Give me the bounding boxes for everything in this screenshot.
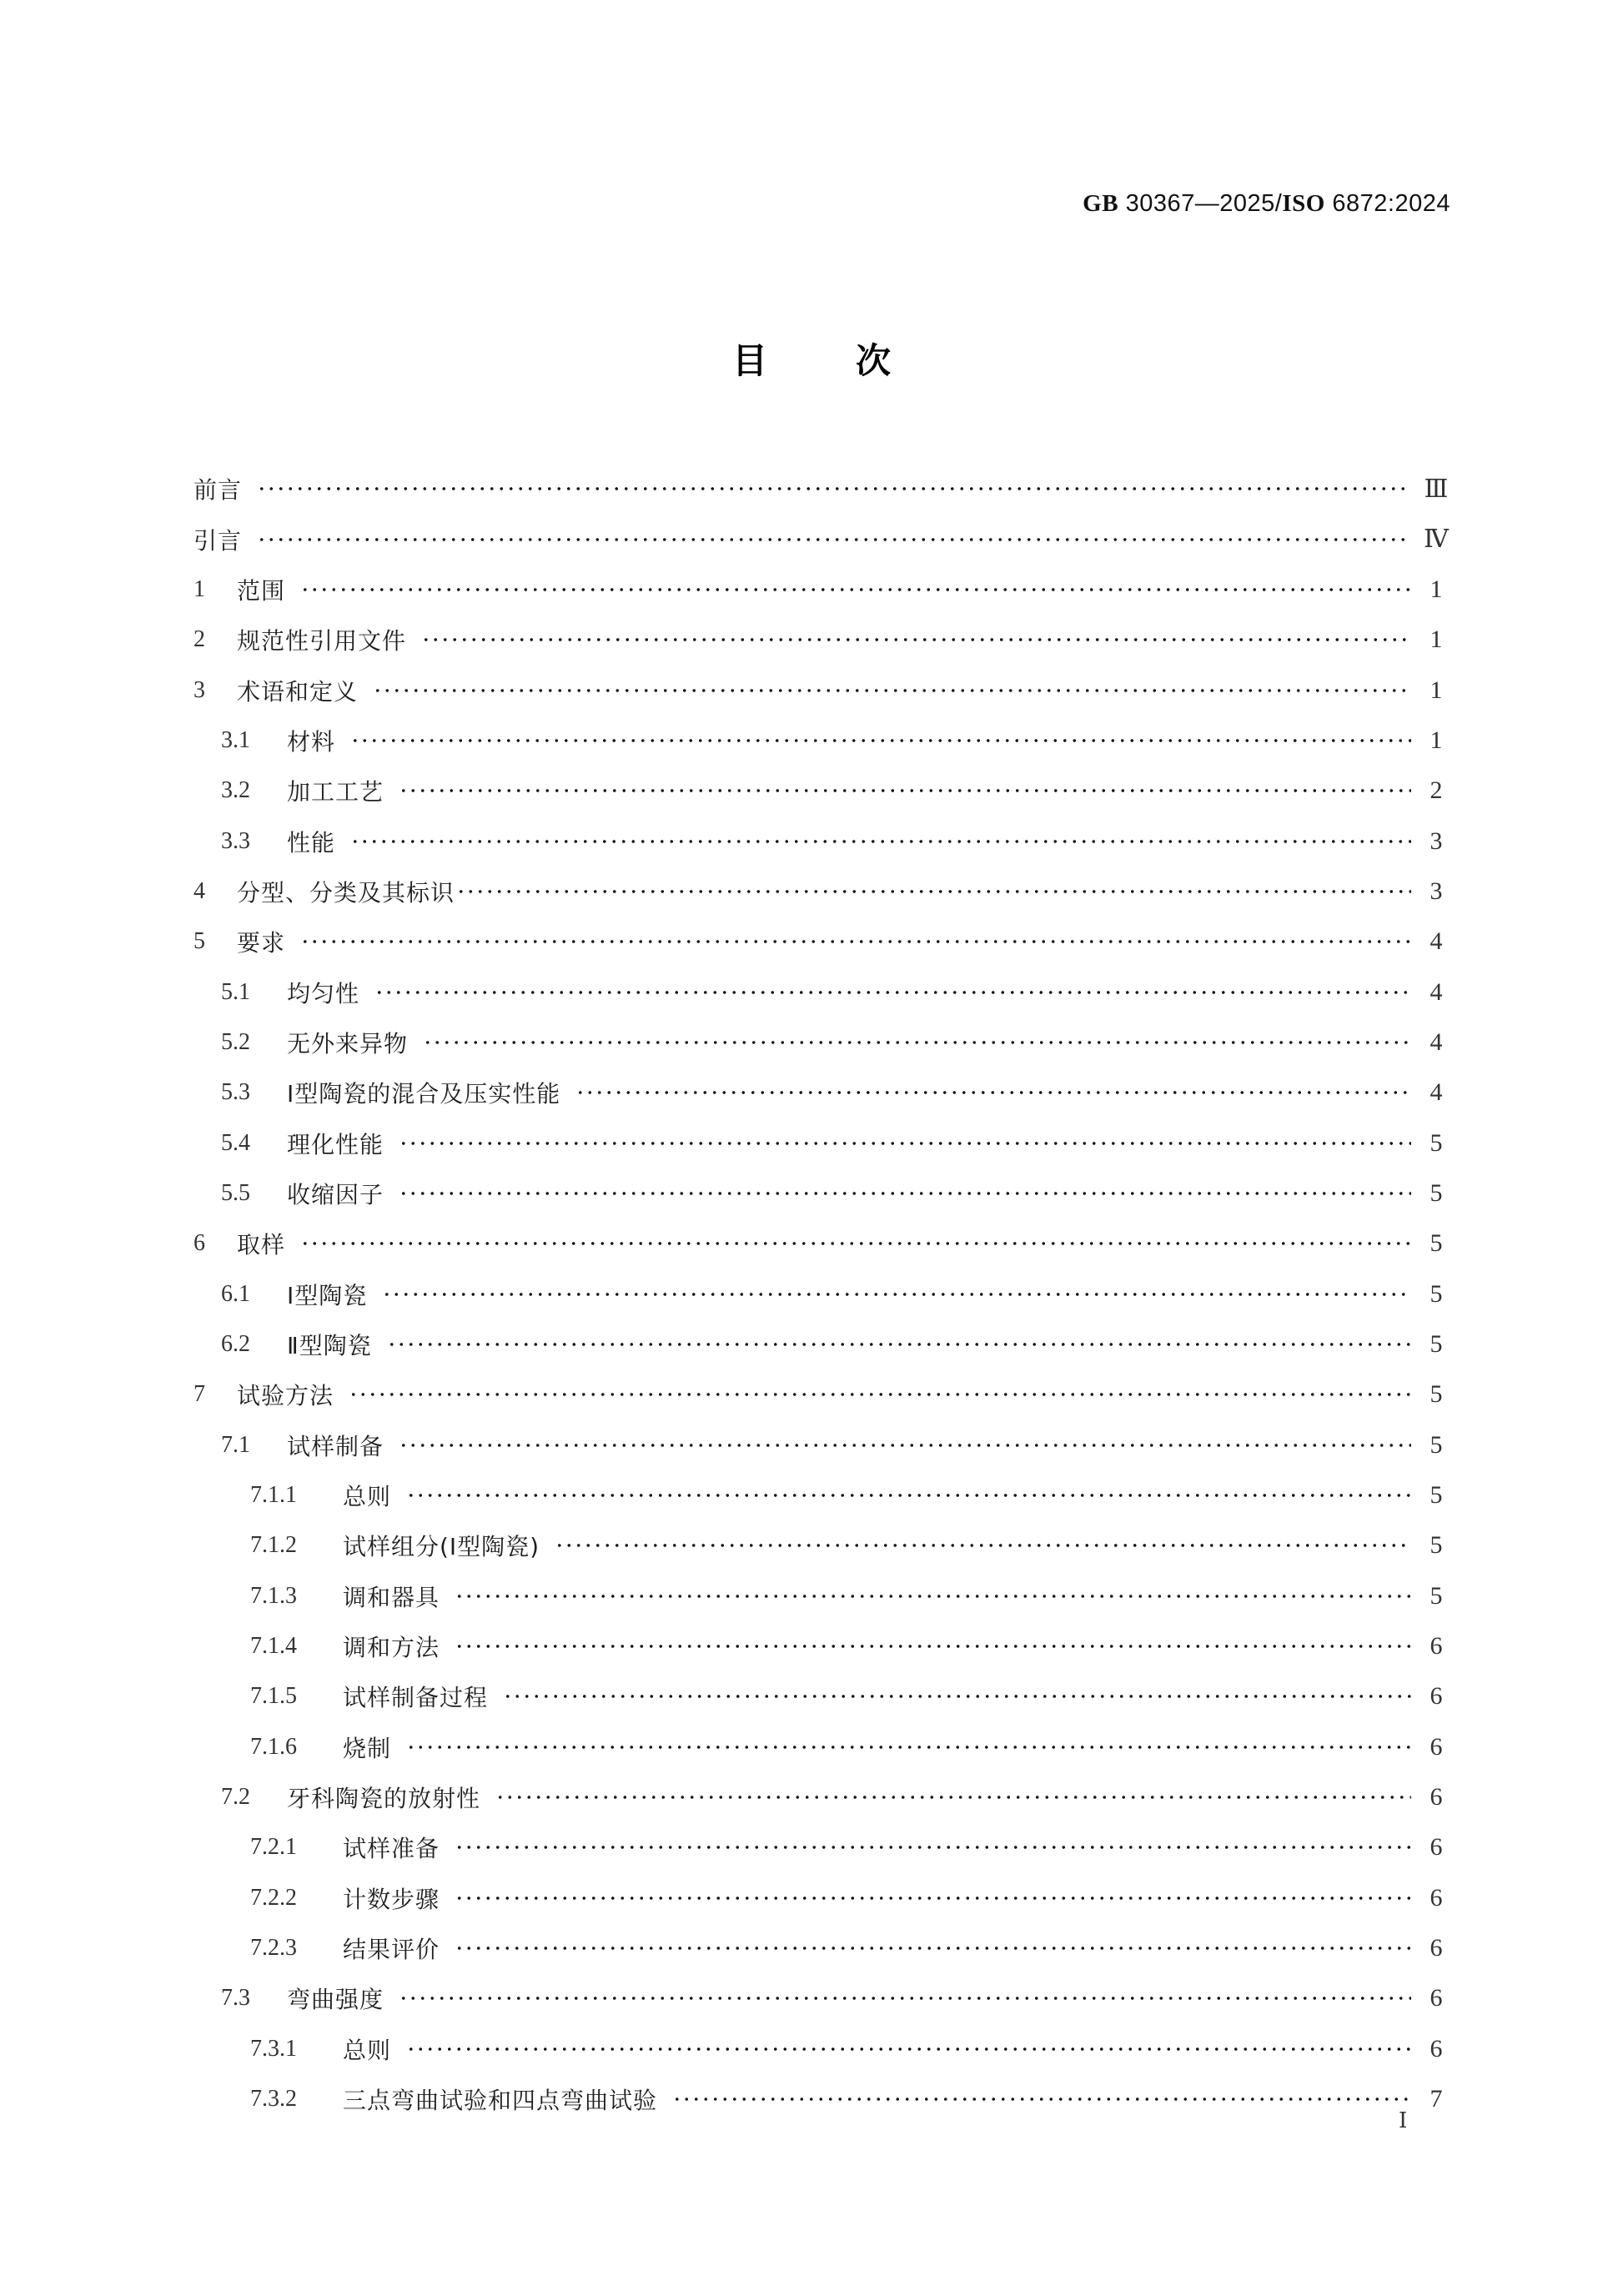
toc-entry-number: 7.1 [221, 1432, 287, 1459]
toc-entry-number: 5 [193, 928, 237, 955]
toc-entry[interactable]: 7.2牙科陶瓷的放射性6 [193, 1772, 1453, 1822]
dot-leader [399, 1995, 1411, 2002]
dot-leader [406, 1492, 1411, 1499]
standard-number: GB 30367—2025/ISO 6872:2024 [1083, 190, 1450, 218]
toc-entry-number: 7.2.3 [250, 1935, 343, 1962]
dot-leader [423, 1039, 1411, 1046]
toc-entry-label: Ⅰ型陶瓷 [287, 1278, 367, 1311]
toc-entry-number: 7.1.3 [250, 1583, 343, 1610]
toc-entry[interactable]: 7.3弯曲强度6 [193, 1973, 1453, 2023]
toc-entry[interactable]: 7试验方法5 [193, 1369, 1453, 1419]
toc-entry-label: 烧制 [343, 1731, 391, 1764]
toc-entry-number: 6.1 [221, 1281, 287, 1308]
dot-leader [300, 938, 1411, 945]
toc-entry-number: 3.3 [221, 828, 287, 855]
toc-entry-label: 加工工艺 [287, 774, 384, 807]
page-title: 目次 [0, 334, 1623, 384]
toc-entry-label: 均匀性 [287, 976, 359, 1009]
toc-entry[interactable]: 7.1.5试样制备过程6 [193, 1671, 1453, 1721]
toc-entry-page: 1 [1419, 575, 1453, 604]
dot-leader [373, 687, 1411, 694]
toc-entry[interactable]: 3.1材料1 [193, 716, 1453, 766]
std-code: 30367—2025/ [1126, 190, 1283, 217]
toc-entry[interactable]: 7.2.3结果评价6 [193, 1923, 1453, 1973]
toc-entry-number: 7.2.2 [250, 1885, 343, 1912]
toc-entry[interactable]: 7.2.2计数步骤6 [193, 1873, 1453, 1923]
toc-entry[interactable]: 3.2加工工艺2 [193, 766, 1453, 816]
dot-leader [300, 1240, 1411, 1247]
toc-entry-label: 理化性能 [287, 1127, 384, 1160]
toc-entry[interactable]: 5要求4 [193, 917, 1453, 967]
toc-entry[interactable]: 5.4理化性能5 [193, 1118, 1453, 1168]
toc-entry-label: 术语和定义 [237, 674, 358, 707]
dot-leader [382, 1291, 1411, 1298]
toc-entry-page: 6 [1419, 1984, 1453, 2012]
toc-entry-label: 试样准备 [343, 1831, 440, 1864]
toc-entry-label: 性能 [287, 825, 335, 858]
toc-entry-number: 6 [193, 1230, 237, 1257]
toc-entry[interactable]: 5.2无外来异物4 [193, 1017, 1453, 1068]
toc-entry-page: 5 [1419, 1179, 1453, 1208]
dot-leader [456, 888, 1411, 895]
dot-leader [455, 1643, 1411, 1650]
toc-entry[interactable]: 6.2Ⅱ型陶瓷5 [193, 1319, 1453, 1369]
toc-entry-number: 5.4 [221, 1130, 287, 1157]
dot-leader [399, 1442, 1411, 1449]
toc-entry-page: 6 [1419, 1632, 1453, 1660]
dot-leader [575, 1089, 1411, 1096]
dot-leader [350, 838, 1411, 845]
toc-entry-page: Ⅲ [1419, 475, 1453, 504]
toc-entry[interactable]: 3术语和定义1 [193, 665, 1453, 715]
toc-entry-label: 取样 [237, 1227, 285, 1260]
dot-leader [455, 1844, 1411, 1851]
toc-entry[interactable]: 7.3.2三点弯曲试验和四点弯曲试验7 [193, 2074, 1453, 2124]
toc-entry-number: 5.5 [221, 1180, 287, 1207]
title-char-2: 次 [856, 334, 891, 384]
dot-leader [455, 1895, 1411, 1902]
toc-entry-page: 3 [1419, 877, 1453, 906]
toc-entry-page: 1 [1419, 676, 1453, 705]
toc-entry-label: Ⅱ型陶瓷 [287, 1328, 372, 1361]
toc-entry-number: 7.1.1 [250, 1482, 343, 1509]
toc-entry-label: 调和器具 [343, 1580, 440, 1613]
dot-leader [300, 586, 1411, 593]
toc-entry-page: 5 [1419, 1280, 1453, 1309]
toc-entry-label: 结果评价 [343, 1932, 440, 1965]
toc-entry-number: 5.3 [221, 1079, 287, 1106]
toc-entry-number: 3 [193, 677, 237, 704]
toc-entry-page: 6 [1419, 1783, 1453, 1811]
page-number: Ⅰ [1399, 2108, 1407, 2133]
std-prefix: GB [1083, 190, 1118, 217]
iso-code: 6872:2024 [1332, 190, 1450, 217]
toc-entry[interactable]: 6取样5 [193, 1218, 1453, 1269]
dot-leader [257, 485, 1411, 492]
toc-entry-label: 牙科陶瓷的放射性 [287, 1781, 480, 1814]
toc-entry[interactable]: 4分型、分类及其标识3 [193, 867, 1453, 917]
toc-entry-number: 2 [193, 626, 237, 653]
toc-entry-label: 调和方法 [343, 1630, 440, 1663]
toc-entry[interactable]: 6.1Ⅰ型陶瓷5 [193, 1269, 1453, 1319]
dot-leader [503, 1693, 1411, 1700]
toc-entry-page: 5 [1419, 1431, 1453, 1459]
toc-entry-page: 2 [1419, 776, 1453, 805]
toc-entry[interactable]: 5.3Ⅰ型陶瓷的混合及压实性能4 [193, 1068, 1453, 1118]
dot-leader [421, 636, 1411, 643]
toc-entry-page: 7 [1419, 2085, 1453, 2113]
toc-entry-label: 弯曲强度 [287, 1982, 384, 2015]
toc-entry-page: 1 [1419, 625, 1453, 654]
title-char-1: 目 [732, 334, 767, 384]
dot-leader [349, 1391, 1411, 1398]
toc-entry-label: 计数步骤 [343, 1882, 440, 1915]
dot-leader [257, 536, 1411, 543]
dot-leader [672, 2096, 1411, 2103]
dot-leader [495, 1794, 1411, 1801]
toc-entry-label: 无外来异物 [287, 1026, 408, 1059]
toc-entry-label: 前言 [193, 472, 242, 505]
toc-entry[interactable]: 3.3性能3 [193, 816, 1453, 866]
toc-entry-label: 范围 [237, 573, 285, 606]
toc-entry-page: 5 [1419, 1531, 1453, 1560]
toc-entry-page: 5 [1419, 1582, 1453, 1610]
toc-entry[interactable]: 5.1均匀性4 [193, 967, 1453, 1017]
iso-prefix: ISO [1282, 190, 1324, 217]
toc-entry-page: 6 [1419, 1884, 1453, 1912]
toc-entry-number: 7.2.1 [250, 1834, 343, 1861]
toc-entry-page: 5 [1419, 1481, 1453, 1510]
toc-entry-number: 4 [193, 878, 237, 905]
toc-entry-page: 5 [1419, 1129, 1453, 1158]
dot-leader [455, 1945, 1411, 1952]
dot-leader [399, 787, 1411, 794]
dot-leader [374, 989, 1411, 996]
toc-entry-page: 5 [1419, 1380, 1453, 1409]
toc-entry-label: 总则 [343, 2032, 391, 2066]
dot-leader [455, 1593, 1411, 1600]
toc-entry-page: 4 [1419, 927, 1453, 956]
toc-entry-page: 6 [1419, 1934, 1453, 1962]
toc-entry-number: 7.3.1 [250, 2036, 343, 2062]
toc-entry[interactable]: 1范围1 [193, 565, 1453, 615]
toc-entry-number: 7.1.5 [250, 1683, 343, 1710]
toc-entry-number: 5.1 [221, 979, 287, 1006]
toc-entry-label: 材料 [287, 724, 335, 757]
toc-entry[interactable]: 7.3.1总则6 [193, 2024, 1453, 2074]
toc-entry-label: 试样制备 [287, 1429, 384, 1462]
toc-entry-number: 3.1 [221, 727, 287, 754]
toc-entry-label: 规范性引用文件 [237, 623, 406, 656]
toc-entry-page: Ⅳ [1419, 525, 1453, 554]
toc-entry-page: 3 [1419, 827, 1453, 856]
dot-leader [399, 1190, 1411, 1197]
toc-entry-number: 3.2 [221, 777, 287, 804]
dot-leader [555, 1542, 1411, 1549]
toc-entry[interactable]: 7.2.1试样准备6 [193, 1822, 1453, 1872]
toc-entry-label: 要求 [237, 925, 285, 958]
toc-entry-page: 6 [1419, 2035, 1453, 2063]
dot-leader [387, 1341, 1411, 1348]
toc-entry-page: 6 [1419, 1733, 1453, 1761]
toc-entry-page: 5 [1419, 1330, 1453, 1359]
toc-entry[interactable]: 7.1.3调和器具5 [193, 1571, 1453, 1621]
toc-entry[interactable]: 7.1.6烧制6 [193, 1722, 1453, 1772]
toc-entry-label: 收缩因子 [287, 1177, 384, 1210]
toc-entry-number: 7.1.4 [250, 1633, 343, 1660]
toc-entry-number: 5.2 [221, 1029, 287, 1056]
toc-entry[interactable]: 7.1.1总则5 [193, 1470, 1453, 1520]
dot-leader [399, 1140, 1411, 1147]
toc-entry[interactable]: 前言Ⅲ [193, 464, 1453, 514]
toc-entry[interactable]: 7.1.4调和方法6 [193, 1621, 1453, 1671]
toc-entry-label: 三点弯曲试验和四点弯曲试验 [343, 2082, 657, 2116]
toc-entry-number: 7 [193, 1381, 237, 1408]
toc-entry-label: Ⅰ型陶瓷的混合及压实性能 [287, 1076, 560, 1109]
toc-entry-number: 7.1.2 [250, 1532, 343, 1559]
toc-entry-label: 试样组分(Ⅰ型陶瓷) [343, 1529, 540, 1562]
dot-leader [406, 2046, 1411, 2052]
toc-entry[interactable]: 7.1试样制备5 [193, 1420, 1453, 1470]
toc-entry-number: 7.2 [221, 1784, 287, 1811]
toc-entry[interactable]: 5.5收缩因子5 [193, 1168, 1453, 1218]
toc-entry[interactable]: 7.1.2试样组分(Ⅰ型陶瓷)5 [193, 1520, 1453, 1570]
table-of-contents: 前言Ⅲ引言Ⅳ1范围12规范性引用文件13术语和定义13.1材料13.2加工工艺2… [193, 464, 1453, 2124]
toc-entry-page: 5 [1419, 1229, 1453, 1258]
toc-entry-page: 4 [1419, 1028, 1453, 1057]
toc-entry-page: 1 [1419, 726, 1453, 755]
toc-entry-page: 6 [1419, 1833, 1453, 1861]
toc-entry[interactable]: 引言Ⅳ [193, 514, 1453, 564]
toc-entry-number: 7.3 [221, 1985, 287, 2012]
toc-entry-page: 4 [1419, 1078, 1453, 1107]
toc-entry-number: 7.3.2 [250, 2086, 343, 2113]
toc-entry-page: 6 [1419, 1682, 1453, 1711]
toc-entry-label: 试样制备过程 [343, 1680, 488, 1713]
dot-leader [406, 1744, 1411, 1751]
toc-entry-label: 总则 [343, 1479, 391, 1512]
dot-leader [350, 737, 1411, 744]
toc-entry-label: 引言 [193, 523, 242, 556]
toc-entry-label: 试验方法 [237, 1378, 334, 1411]
toc-entry[interactable]: 2规范性引用文件1 [193, 615, 1453, 665]
toc-entry-number: 1 [193, 576, 237, 603]
toc-entry-page: 4 [1419, 978, 1453, 1007]
toc-entry-number: 7.1.6 [250, 1734, 343, 1761]
toc-entry-number: 6.2 [221, 1331, 287, 1358]
toc-entry-label: 分型、分类及其标识 [237, 875, 455, 908]
